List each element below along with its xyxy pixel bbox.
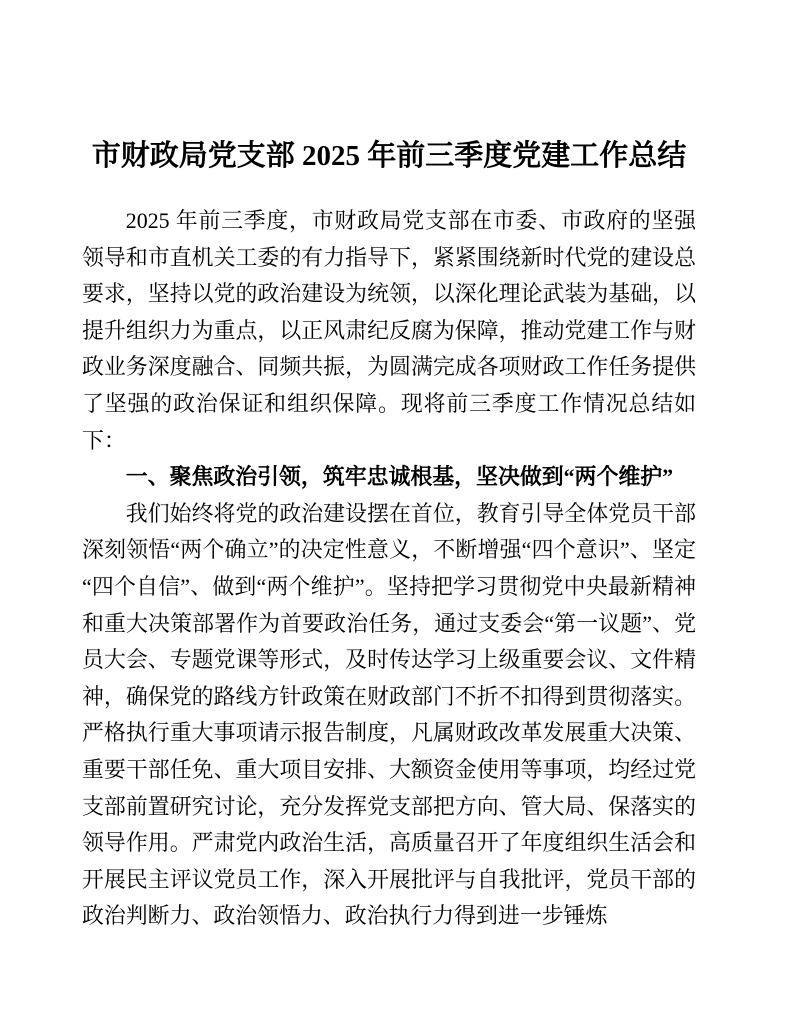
paragraph-section-1-body: 我们始终将党的政治建设摆在首位，教育引导全体党员干部深刻领悟“两个确立”的决定性…: [82, 496, 696, 935]
document-page: 市财政局党支部 2025 年前三季度党建工作总结 2025 年前三季度，市财政局…: [0, 0, 800, 1035]
document-content: 市财政局党支部 2025 年前三季度党建工作总结 2025 年前三季度，市财政局…: [0, 0, 800, 935]
section-heading-1: 一、聚焦政治引领，筑牢忠诚根基，坚决做到“两个维护”: [82, 459, 696, 496]
paragraph-intro: 2025 年前三季度，市财政局党支部在市委、市政府的坚强领导和市直机关工委的有力…: [82, 203, 696, 459]
document-title: 市财政局党支部 2025 年前三季度党建工作总结: [82, 136, 696, 176]
